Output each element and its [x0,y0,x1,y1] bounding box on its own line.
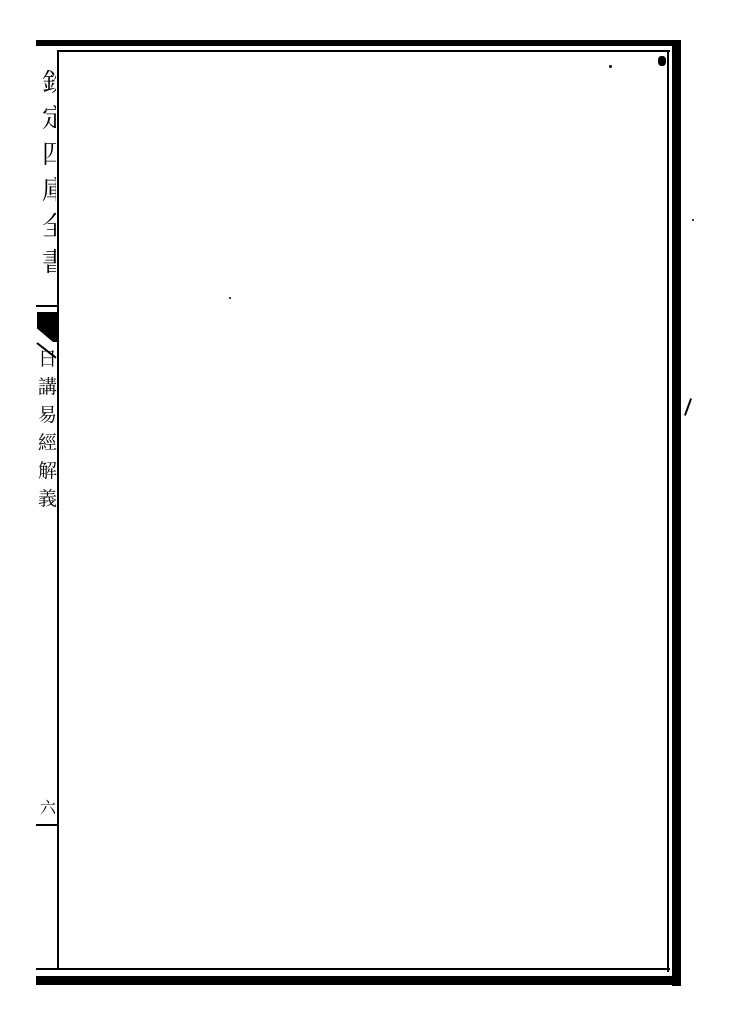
book-title-char: 易 [38,406,57,426]
ink-stray-stroke [684,398,692,416]
collection-title-char: 四 [42,142,56,168]
page-number: 六 [38,800,58,816]
book-title-char: 義 [38,490,57,510]
collection-title-column: 欽 定 四 庫 全 書 [30,70,56,300]
inner-frame-right [667,52,669,972]
collection-title-char: 全 [42,214,56,240]
scanned-page: 欽 定 四 庫 全 書 日 講 易 經 解 義 六 [0,0,731,1024]
fishtail-marker-icon [37,312,57,342]
inner-frame-left [57,50,59,970]
fishtail-rule [36,305,57,307]
ink-speck [692,219,694,221]
outer-frame-right [672,40,681,986]
book-title-char: 解 [38,462,57,482]
book-title-char: 經 [38,434,57,454]
collection-title-char: 庫 [42,178,56,204]
blank-text-area [60,53,666,967]
collection-title-char: 定 [42,106,56,132]
collection-title-char: 書 [42,250,56,276]
book-title-char: 日 [38,350,57,370]
inner-frame-top [58,50,670,52]
book-title-column: 日 講 易 經 解 義 [36,350,57,518]
inner-frame-bottom [36,968,670,970]
outer-frame-top [36,40,680,46]
outer-frame-bottom [36,976,681,985]
book-title-char: 講 [38,378,57,398]
page-number-rule [36,824,57,826]
collection-title-char: 欽 [42,70,56,96]
